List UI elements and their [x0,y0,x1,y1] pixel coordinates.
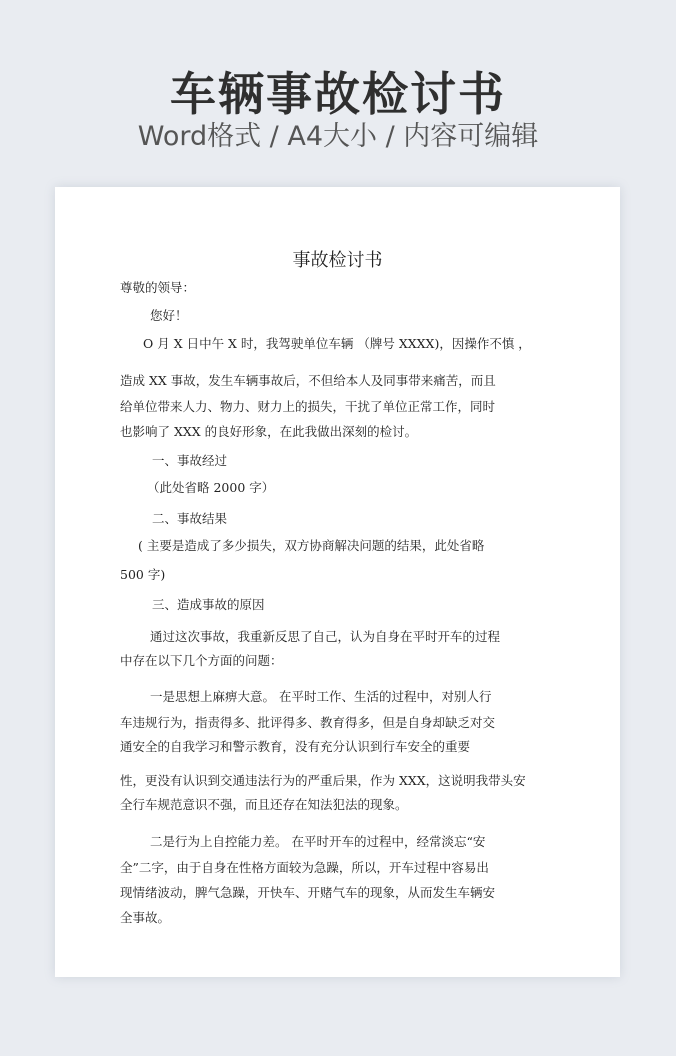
paragraph-line: 现情绪波动，脾气急躁，开快车、开赌气车的现象，从而发生车辆安 [120,884,495,902]
section-heading-2: 二、事故结果 [152,510,227,528]
salutation: 尊敬的领导： [120,279,195,297]
paragraph-line: ( 主要是造成了多少损失，双方协商解决问题的结果，此处省略 [138,537,484,555]
hero-title: 车辆事故检讨书 [0,66,676,122]
paragraph-line: 全行车规范意识不强，而且还存在知法犯法的现象。 [120,796,408,814]
paragraph-line: 性，更没有认识到交通违法行为的严重后果，作为 XXX，这说明我带头安 [120,772,526,790]
document-title: 事故检讨书 [55,249,620,273]
document-page: 事故检讨书 尊敬的领导： 您好！ O 月 X 日中午 X 时，我驾驶单位车辆 （… [55,187,620,977]
greeting: 您好！ [150,307,188,325]
document-body: 事故检讨书 尊敬的领导： 您好！ O 月 X 日中午 X 时，我驾驶单位车辆 （… [55,187,620,977]
hero-subtitle: Word格式 / A4大小 / 内容可编辑 [0,119,676,155]
paragraph-line: 中存在以下几个方面的问题： [120,652,283,670]
paragraph-line: 通安全的自我学习和警示教育，没有充分认识到行车安全的重要 [120,738,470,756]
paragraph-line: O 月 X 日中午 X 时，我驾驶单位车辆 （牌号 XXXX)，因操作不慎 ， [143,335,531,353]
paragraph-line: 500 字) [120,566,165,584]
paragraph-line: 通过这次事故，我重新反思了自己，认为自身在平时开车的过程 [150,628,500,646]
paragraph-line: 车违规行为，指责得多、批评得多、教育得多，但是自身却缺乏对交 [120,714,495,732]
section-heading-1: 一、事故经过 [152,452,227,470]
paragraph-line: （此处省略 2000 字） [147,479,274,497]
paragraph-line: 造成 XX 事故，发生车辆事故后，不但给本人及同事带来痛苦，而且 [120,372,496,390]
paragraph-line: 二是行为上自控能力差。 在平时开车的过程中，经常淡忘“安 [150,833,485,851]
paragraph-line: 给单位带来人力、物力、财力上的损失，干扰了单位正常工作，同时 [120,398,495,416]
paragraph-line: 也影响了 XXX 的良好形象，在此我做出深刻的检讨。 [120,423,417,441]
section-heading-3: 三、造成事故的原因 [152,596,265,614]
paragraph-line: 全”二字，由于自身在性格方面较为急躁，所以，开车过程中容易出 [120,859,489,877]
paragraph-line: 全事故。 [120,909,170,927]
paragraph-line: 一是思想上麻痹大意。 在平时工作、生活的过程中，对别人行 [150,688,491,706]
